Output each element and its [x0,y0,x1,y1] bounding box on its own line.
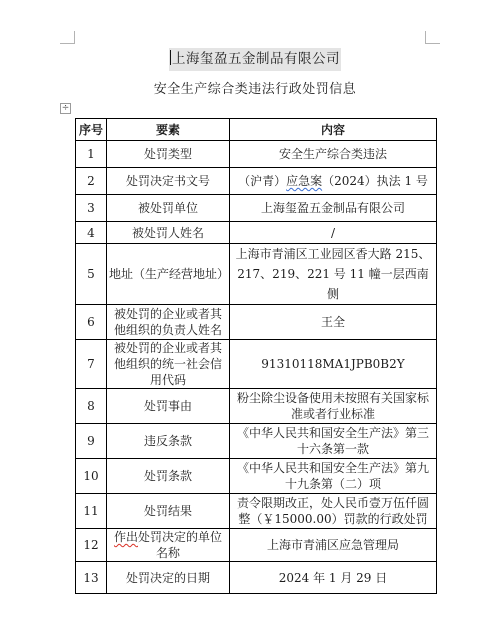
row-number: 2 [76,168,107,195]
table-row: 7 被处罚的企业或者其他组织的统一社会信用代码 91310118MA1JPB0B… [76,340,437,389]
word-document-page: { "page": { "title": "上海玺盈五金制品有限公司", "su… [0,0,500,625]
row-content: 安全生产综合类违法 [230,141,437,168]
row-label: 处罚决定书文号 [107,168,230,195]
content-part: （沪青） [238,174,286,188]
row-label: 处罚类型 [107,141,230,168]
text-cursor [170,50,171,65]
label-part: 处罚决定的单位名称 [138,530,222,560]
table-row: 9 违反条款 《中华人民共和国安全生产法》第三十六条第一款 [76,424,437,459]
row-content: （沪青）应急案（2024）执法 1 号 [230,168,437,195]
row-label: 被处罚的企业或者其他组织的统一社会信用代码 [107,340,230,389]
row-number: 10 [76,459,107,494]
margin-crop-mark-top-left [60,31,75,44]
table-row: 5 地址（生产经营地址） 上海市青浦区工业园区香大路 215、217、219、2… [76,244,437,305]
margin-crop-mark-top-right [425,31,440,44]
table-header-row: 序号 要素 内容 [76,119,437,141]
row-content: 91310118MA1JPB0B2Y [230,340,437,389]
row-label: 处罚结果 [107,494,230,529]
grammar-check-marked-text: 应急案 [286,174,322,188]
row-content: 《中华人民共和国安全生产法》第九十九条第（二）项 [230,459,437,494]
row-number: 5 [76,244,107,305]
row-number: 9 [76,424,107,459]
row-content: 上海市青浦区应急管理局 [230,529,437,562]
row-label: 被处罚人姓名 [107,222,230,244]
table-row: 3 被处罚单位 上海玺盈五金制品有限公司 [76,195,437,222]
document-subtitle: 安全生产综合类违法行政处罚信息 [75,81,435,99]
table-row: 1 处罚类型 安全生产综合类违法 [76,141,437,168]
table-row: 12 作出处罚决定的单位名称 上海市青浦区应急管理局 [76,529,437,562]
row-content: 责令限期改正，处人民币壹万伍仟圆整（￥15000.00）罚款的行政处罚 [230,494,437,529]
penalty-info-table: 序号 要素 内容 1 处罚类型 安全生产综合类违法 2 处罚决定书文号 （沪青）… [75,118,437,594]
row-content: 上海玺盈五金制品有限公司 [230,195,437,222]
row-number: 8 [76,389,107,424]
row-content: 王全 [230,305,437,340]
table-row: 8 处罚事由 粉尘除尘设备使用未按照有关国家标准或者行业标准 [76,389,437,424]
table-row: 13 处罚决定的日期 2024 年 1 月 29 日 [76,562,437,594]
row-label: 地址（生产经营地址） [107,244,230,305]
row-label: 违反条款 [107,424,230,459]
table-row: 6 被处罚的企业或者其他组织的负责人姓名 王全 [76,305,437,340]
row-number: 6 [76,305,107,340]
table-row: 11 处罚结果 责令限期改正，处人民币壹万伍仟圆整（￥15000.00）罚款的行… [76,494,437,529]
row-content: / [230,222,437,244]
row-content: 粉尘除尘设备使用未按照有关国家标准或者行业标准 [230,389,437,424]
table-row: 10 处罚条款 《中华人民共和国安全生产法》第九十九条第（二）项 [76,459,437,494]
row-label: 被处罚的企业或者其他组织的负责人姓名 [107,305,230,340]
table-move-handle-icon[interactable]: ÷ [60,103,71,114]
row-number: 4 [76,222,107,244]
document-title-line: 上海玺盈五金制品有限公司 [75,48,435,68]
header-element: 要素 [107,119,230,141]
row-number: 3 [76,195,107,222]
content-part: （2024）执法 1 号 [322,174,428,188]
document-body: 上海玺盈五金制品有限公司 安全生产综合类违法行政处罚信息 [75,44,435,99]
row-label: 被处罚单位 [107,195,230,222]
row-number: 7 [76,340,107,389]
row-number: 11 [76,494,107,529]
row-number: 12 [76,529,107,562]
row-content: 《中华人民共和国安全生产法》第三十六条第一款 [230,424,437,459]
row-label: 作出处罚决定的单位名称 [107,529,230,562]
row-label: 处罚决定的日期 [107,562,230,594]
row-content: 上海市青浦区工业园区香大路 215、217、219、221 号 11 幢一层西南… [230,244,437,305]
spellcheck-marked-text: 作出 [114,530,138,544]
header-seq: 序号 [76,119,107,141]
table-row: 4 被处罚人姓名 / [76,222,437,244]
row-content: 2024 年 1 月 29 日 [230,562,437,594]
row-label: 处罚条款 [107,459,230,494]
header-content: 内容 [230,119,437,141]
row-number: 13 [76,562,107,594]
penalty-info-table-container: ÷ 序号 要素 内容 1 处罚类型 安全生产综合类违法 2 处罚决定书文号 （沪… [75,118,437,594]
document-title-highlighted: 上海玺盈五金制品有限公司 [169,48,341,71]
row-label: 处罚事由 [107,389,230,424]
row-number: 1 [76,141,107,168]
document-title: 上海玺盈五金制品有限公司 [172,51,340,67]
table-row: 2 处罚决定书文号 （沪青）应急案（2024）执法 1 号 [76,168,437,195]
